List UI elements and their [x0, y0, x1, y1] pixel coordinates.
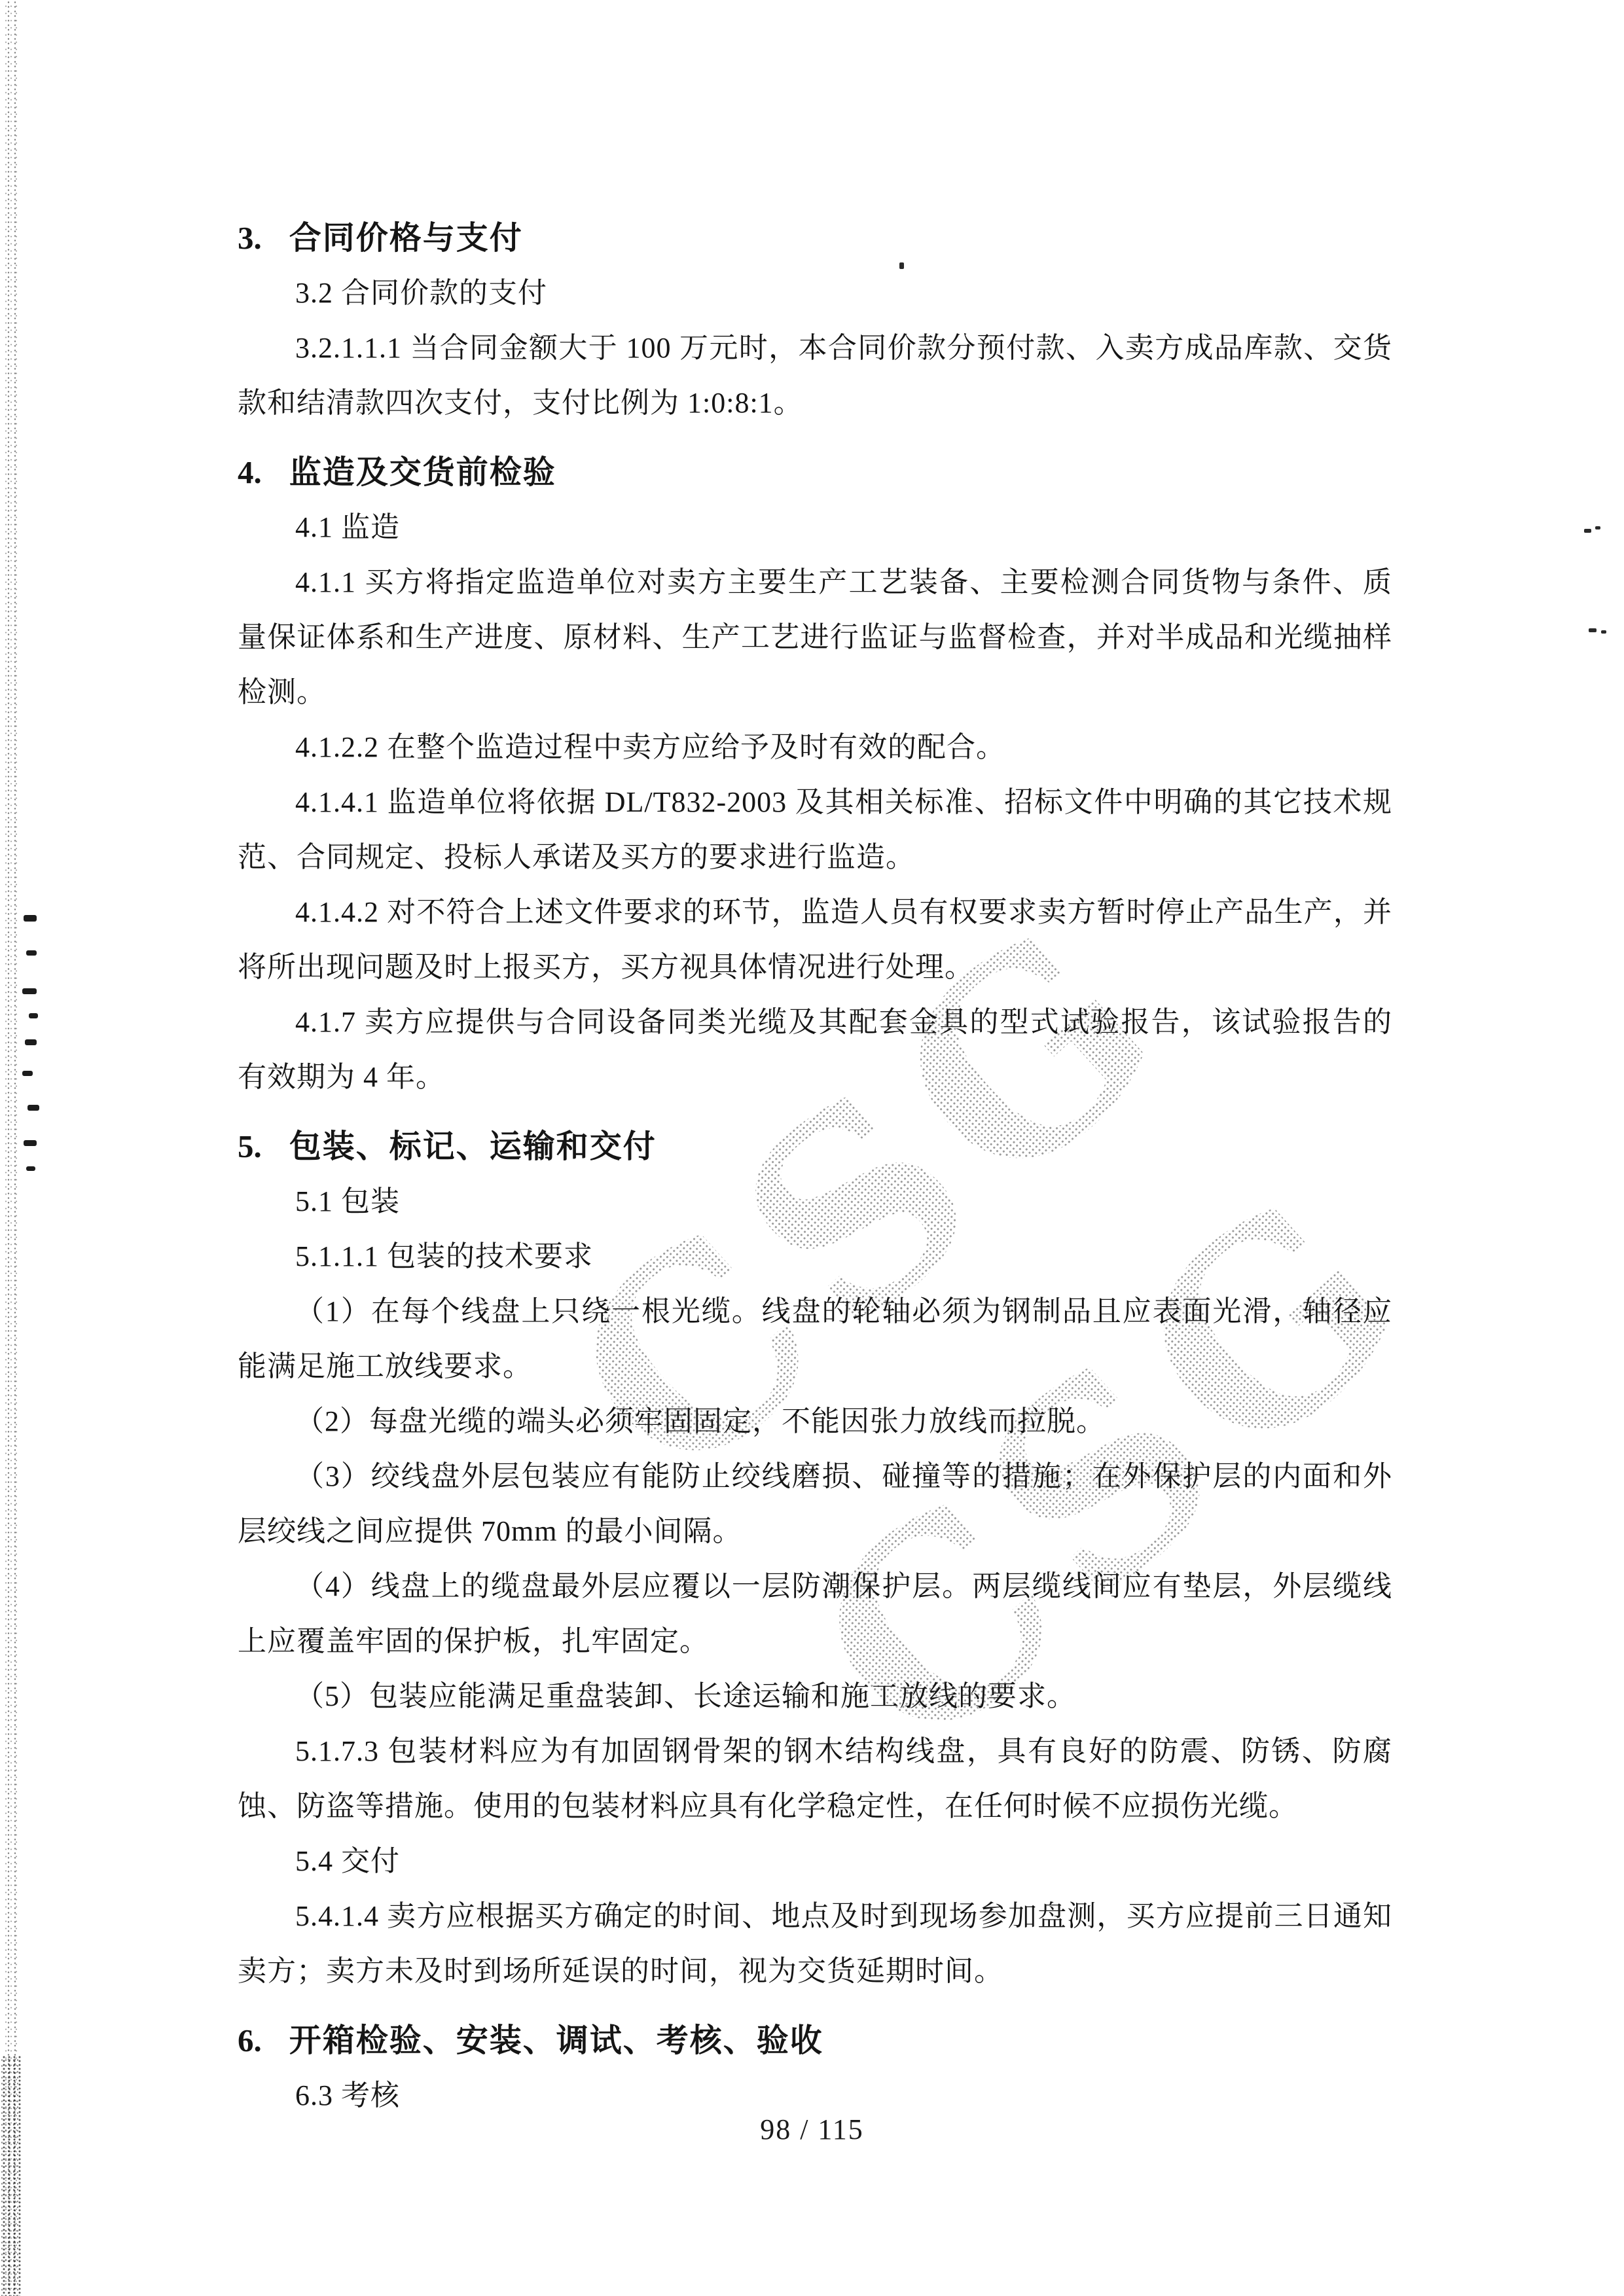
- scan-blob: [26, 1166, 35, 1171]
- section-number: 3.: [238, 220, 262, 256]
- scan-blob: [25, 1039, 37, 1045]
- clause-paragraph: 4.1.2.2 在整个监造过程中卖方应给予及时有效的配合。: [238, 720, 1392, 775]
- clause-paragraph: 5.1.7.3 包装材料应为有加固钢骨架的钢木结构线盘，具有良好的防震、防锈、防…: [238, 1724, 1392, 1834]
- clause-heading: 5.4 交付: [238, 1834, 1392, 1889]
- clause-paragraph: 3.2.1.1.1 当合同金额大于 100 万元时，本合同价款分预付款、入卖方成…: [238, 321, 1392, 431]
- clause-paragraph: （2）每盘光缆的端头必须牢固固定，不能因张力放线而拉脱。: [238, 1394, 1392, 1449]
- scan-speck: [1589, 628, 1597, 632]
- section-title: 监造及交货前检验: [289, 455, 556, 490]
- clause-heading: 3.2 合同价款的支付: [238, 266, 1392, 321]
- scan-blob: [24, 1140, 37, 1146]
- scan-blob: [22, 988, 37, 994]
- scan-blob: [22, 1071, 33, 1076]
- section-number: 6.: [238, 2022, 262, 2058]
- clause-paragraph: 4.1.4.2 对不符合上述文件要求的环节，监造人员有权要求卖方暂时停止产品生产…: [238, 885, 1392, 995]
- section-title: 开箱检验、安装、调试、考核、验收: [289, 2023, 823, 2058]
- section-heading: 6.开箱检验、安装、调试、考核、验收: [238, 2013, 1392, 2068]
- section-number: 4.: [238, 454, 262, 490]
- scan-speck: [1595, 526, 1600, 529]
- clause-heading: 4.1 监造: [238, 500, 1392, 555]
- clause-heading: 5.1.1.1 包装的技术要求: [238, 1229, 1392, 1284]
- clause-heading: 5.1 包装: [238, 1174, 1392, 1229]
- clause-paragraph: 4.1.4.1 监造单位将依据 DL/T832-2003 及其相关标准、招标文件…: [238, 775, 1392, 885]
- clause-paragraph: 4.1.1 买方将指定监造单位对卖方主要生产工艺装备、主要检测合同货物与条件、质…: [238, 555, 1392, 720]
- clause-paragraph: （5）包装应能满足重盘装卸、长途运输和施工放线的要求。: [238, 1669, 1392, 1724]
- scan-speck: [1584, 529, 1591, 533]
- scan-blob: [24, 915, 37, 922]
- page-number: 98 / 115: [0, 2113, 1624, 2146]
- section-heading: 5.包装、标记、运输和交付: [238, 1119, 1392, 1174]
- scan-speck: [1601, 630, 1606, 634]
- scan-blob: [27, 1105, 39, 1111]
- clause-paragraph: （3）绞线盘外层包装应有能防止绞线磨损、碰撞等的措施；在外保护层的内面和外层绞线…: [238, 1449, 1392, 1559]
- document-body: 3.合同价格与支付3.2 合同价款的支付3.2.1.1.1 当合同金额大于 10…: [238, 196, 1392, 2123]
- clause-paragraph: 4.1.7 卖方应提供与合同设备同类光缆及其配套金具的型式试验报告，该试验报告的…: [238, 995, 1392, 1105]
- clause-paragraph: （1）在每个线盘上只绕一根光缆。线盘的轮轴必须为钢制品且应表面光滑，轴径应能满足…: [238, 1284, 1392, 1394]
- scan-edge-artifact-bottom: [1, 2055, 21, 2296]
- section-number: 5.: [238, 1128, 262, 1164]
- section-heading: 4.监造及交货前检验: [238, 445, 1392, 500]
- scan-blob: [26, 950, 37, 956]
- clause-paragraph: 5.4.1.4 卖方应根据买方确定的时间、地点及时到现场参加盘测，买方应提前三日…: [238, 1889, 1392, 1999]
- section-title: 包装、标记、运输和交付: [289, 1129, 657, 1164]
- section-heading: 3.合同价格与支付: [238, 211, 1392, 266]
- clause-paragraph: （4）线盘上的缆盘最外层应覆以一层防潮保护层。两层缆线间应有垫层，外层缆线上应覆…: [238, 1559, 1392, 1669]
- section-title: 合同价格与支付: [289, 221, 523, 256]
- scan-blob: [29, 1013, 38, 1018]
- scan-edge-artifact: [4, 0, 17, 2296]
- scanned-document-page: { "page": { "footer": "98 / 115", "water…: [0, 0, 1624, 2296]
